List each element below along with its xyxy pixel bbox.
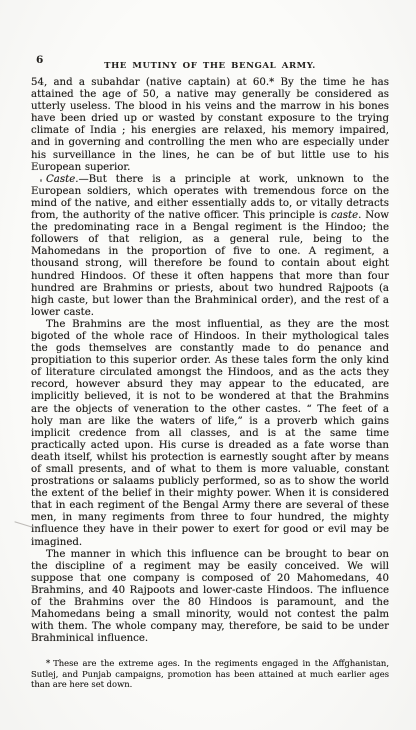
paragraph: The manner in which this influence can b… [31,549,389,646]
footnote-text: These are the extreme ages. In the regim… [31,658,389,688]
footnote-marker: * [46,658,50,668]
page-header: 6 THE MUTINY OF THE BENGAL ARMY. [31,53,389,66]
paragraph: Caste.—But there is a principle at work,… [31,174,389,319]
ink-speck [40,179,42,182]
paragraph: 54, and a subahdar (native captain) at 6… [31,77,389,174]
running-header: THE MUTINY OF THE BENGAL ARMY. [104,61,316,71]
body-text: 54, and a subahdar (native captain) at 6… [31,77,389,645]
page-number: 6 [36,54,44,66]
pencil-mark [14,521,33,528]
paragraph: The Brahmins are the most influential, a… [31,319,389,549]
book-page: 6 THE MUTINY OF THE BENGAL ARMY. 54, and… [0,0,416,730]
footnote: *These are the extreme ages. In the regi… [31,658,389,689]
